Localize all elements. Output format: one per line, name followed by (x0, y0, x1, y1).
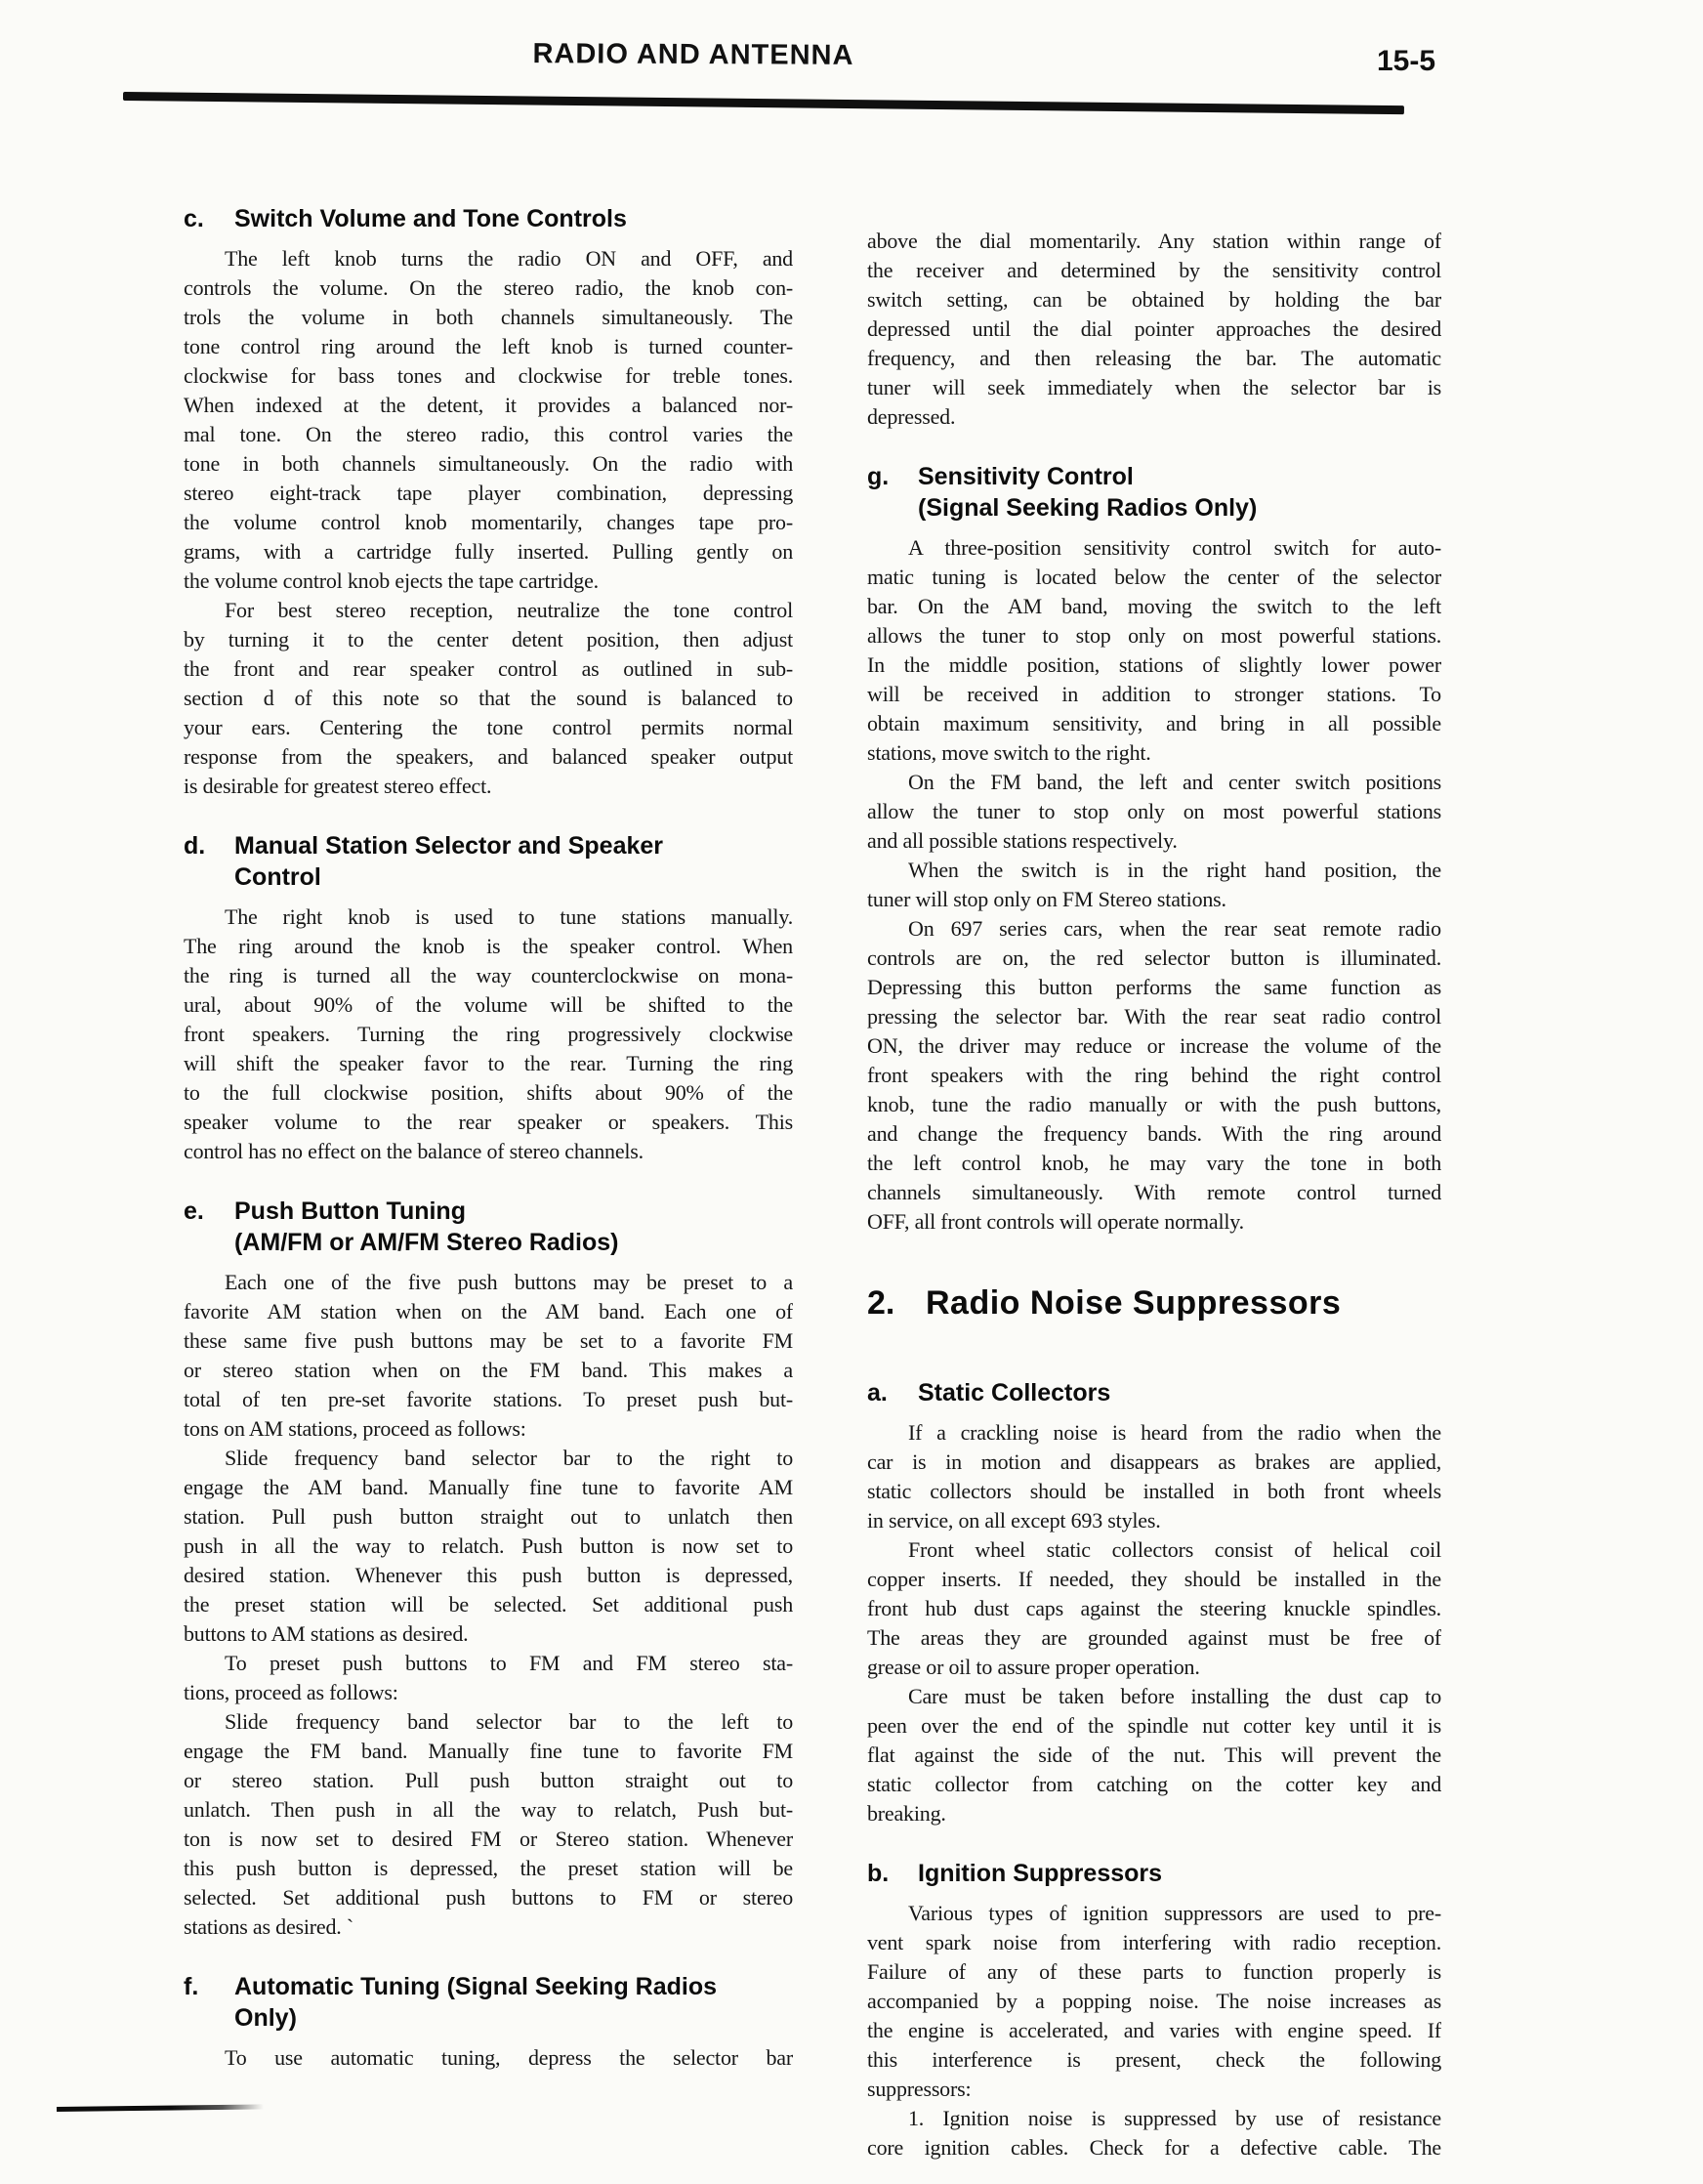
paragraph: Each one of the five push buttons may be… (184, 1268, 793, 1444)
text-line: Front wheel static collectors consist of… (867, 1535, 1441, 1565)
text-line: tuner will stop only on FM Stereo statio… (867, 885, 1441, 914)
heading-line: Push Button Tuning (234, 1196, 793, 1227)
text-line: grams, with a cartridge fully inserted. … (184, 537, 793, 567)
heading-line: Sensitivity Control (918, 461, 1441, 492)
section-heading: d.Manual Station Selector and SpeakerCon… (184, 830, 793, 893)
heading-line: Control (234, 861, 793, 893)
text-line: ural, about 90% of the volume will be sh… (184, 990, 793, 1020)
text-line: control has no effect on the balance of … (184, 1137, 793, 1166)
text-line: switch setting, can be obtained by holdi… (867, 285, 1441, 315)
text-line: is desirable for greatest stereo effect. (184, 772, 793, 801)
section-heading: c.Switch Volume and Tone Controls (184, 203, 793, 234)
text-line: response from the speakers, and balanced… (184, 742, 793, 772)
text-line: accompanied by a popping noise. The nois… (867, 1987, 1441, 2016)
section-heading: g.Sensitivity Control(Signal Seeking Rad… (867, 461, 1441, 524)
text-line: favorite AM station when on the AM band.… (184, 1297, 793, 1326)
text-line: controls the volume. On the stereo radio… (184, 273, 793, 303)
text-line: pressing the selector bar. With the rear… (867, 1002, 1441, 1031)
text-line: allows the tuner to stop only on most po… (867, 621, 1441, 651)
text-line: engage the AM band. Manually fine tune t… (184, 1473, 793, 1502)
paragraph: above the dial momentarily. Any station … (867, 227, 1441, 432)
text-line: car is in motion and disappears as brake… (867, 1448, 1441, 1477)
paragraph: If a crackling noise is heard from the r… (867, 1418, 1441, 1535)
text-line: to the full clockwise position, shifts a… (184, 1078, 793, 1108)
heading-line: Only) (234, 2002, 793, 2034)
text-line: The areas they are grounded against must… (867, 1623, 1441, 1653)
text-line: will be received in addition to stronger… (867, 680, 1441, 709)
text-line: front hub dust caps against the steering… (867, 1594, 1441, 1623)
text-line: the left control knob, he may vary the t… (867, 1149, 1441, 1178)
heading-text: Switch Volume and Tone Controls (234, 203, 793, 234)
text-line: Various types of ignition suppressors ar… (867, 1899, 1441, 1928)
heading-text: Static Collectors (918, 1377, 1441, 1408)
heading-line: Switch Volume and Tone Controls (234, 203, 793, 234)
text-line: core ignition cables. Check for a defect… (867, 2133, 1441, 2163)
text-line: allow the tuner to stop only on most pow… (867, 797, 1441, 826)
text-line: the volume control knob ejects the tape … (184, 567, 793, 596)
text-line: your ears. Centering the tone control pe… (184, 713, 793, 742)
text-line: On 697 series cars, when the rear seat r… (867, 914, 1441, 944)
heading-text: Manual Station Selector and SpeakerContr… (234, 830, 793, 893)
heading-line: (AM/FM or AM/FM Stereo Radios) (234, 1227, 793, 1258)
section-heading: b.Ignition Suppressors (867, 1858, 1441, 1889)
heading-label: 2. (867, 1281, 926, 1324)
heading-label: f. (184, 1971, 234, 2034)
paragraph: To preset push buttons to FM and FM ster… (184, 1649, 793, 1707)
text-line: stereo eight-track tape player combinati… (184, 479, 793, 508)
text-line: static collectors should be installed in… (867, 1477, 1441, 1506)
text-line: section d of this note so that the sound… (184, 684, 793, 713)
heading-label: e. (184, 1196, 234, 1258)
text-line: the engine is accelerated, and varies wi… (867, 2016, 1441, 2045)
text-line: depressed until the dial pointer approac… (867, 315, 1441, 344)
text-line: stations as desired. ˋ (184, 1912, 793, 1942)
text-line: channels simultaneously. With remote con… (867, 1178, 1441, 1207)
text-line: selected. Set additional push buttons to… (184, 1883, 793, 1912)
text-line: mal tone. On the stereo radio, this cont… (184, 420, 793, 449)
paragraph: The left knob turns the radio ON and OFF… (184, 244, 793, 596)
text-line: A three-position sensitivity control swi… (867, 533, 1441, 563)
text-line: by turning it to the center detent posit… (184, 625, 793, 654)
heading-label: c. (184, 203, 234, 234)
left-column: c.Switch Volume and Tone ControlsThe lef… (184, 186, 793, 2073)
text-line: the volume control knob momentarily, cha… (184, 508, 793, 537)
header-rule (123, 92, 1404, 114)
text-line: The ring around the knob is the speaker … (184, 932, 793, 961)
text-line: engage the FM band. Manually fine tune t… (184, 1737, 793, 1766)
text-line: station. Pull push button straight out t… (184, 1502, 793, 1532)
paragraph: 1. Ignition noise is suppressed by use o… (867, 2104, 1441, 2163)
text-line: and all possible stations respectively. (867, 826, 1441, 856)
text-line: controls are on, the red selector button… (867, 944, 1441, 973)
paragraph: Slide frequency band selector bar to the… (184, 1707, 793, 1942)
text-line: the front and rear speaker control as ou… (184, 654, 793, 684)
text-line: tone in both channels simultaneously. On… (184, 449, 793, 479)
heading-line: Radio Noise Suppressors (926, 1281, 1441, 1324)
heading-line: Manual Station Selector and Speaker (234, 830, 793, 861)
paragraph: A three-position sensitivity control swi… (867, 533, 1441, 768)
paragraph: When the switch is in the right hand pos… (867, 856, 1441, 914)
heading-label: b. (867, 1858, 918, 1889)
text-line: these same five push buttons may be set … (184, 1326, 793, 1356)
text-line: ON, the driver may reduce or increase th… (867, 1031, 1441, 1061)
heading-text: Sensitivity Control(Signal Seeking Radio… (918, 461, 1441, 524)
text-line: obtain maximum sensitivity, and bring in… (867, 709, 1441, 738)
text-line: Each one of the five push buttons may be… (184, 1268, 793, 1297)
paragraph: To use automatic tuning, depress the sel… (184, 2043, 793, 2073)
text-line: trols the volume in both channels simult… (184, 303, 793, 332)
text-line: grease or oil to assure proper operation… (867, 1653, 1441, 1682)
text-line: vent spark noise from interfering with r… (867, 1928, 1441, 1957)
text-line: OFF, all front controls will operate nor… (867, 1207, 1441, 1237)
heading-text: Automatic Tuning (Signal Seeking RadiosO… (234, 1971, 793, 2034)
heading-text: Push Button Tuning(AM/FM or AM/FM Stereo… (234, 1196, 793, 1258)
text-line: buttons to AM stations as desired. (184, 1619, 793, 1649)
text-line: the receiver and determined by the sensi… (867, 256, 1441, 285)
text-line: above the dial momentarily. Any station … (867, 227, 1441, 256)
text-line: unlatch. Then push in all the way to rel… (184, 1795, 793, 1825)
text-line: tons on AM stations, proceed as follows: (184, 1414, 793, 1444)
text-line: this push button is depressed, the prese… (184, 1854, 793, 1883)
page-title: RADIO AND ANTENNA (0, 35, 1387, 74)
text-line: tions, proceed as follows: (184, 1678, 793, 1707)
paragraph: For best stereo reception, neutralize th… (184, 596, 793, 801)
text-line: suppressors: (867, 2075, 1441, 2104)
paragraph: Front wheel static collectors consist of… (867, 1535, 1441, 1682)
text-line: will shift the speaker favor to the rear… (184, 1049, 793, 1078)
text-line: desired station. Whenever this push butt… (184, 1561, 793, 1590)
footer-rule (57, 2104, 264, 2112)
section-heading: e.Push Button Tuning(AM/FM or AM/FM Ster… (184, 1196, 793, 1258)
text-line: frequency, and then releasing the bar. T… (867, 344, 1441, 373)
text-line: or stereo station when on the FM band. T… (184, 1356, 793, 1385)
right-column: above the dial momentarily. Any station … (867, 186, 1441, 2163)
paragraph: Various types of ignition suppressors ar… (867, 1899, 1441, 2104)
text-line: speaker volume to the rear speaker or sp… (184, 1108, 793, 1137)
text-line: depressed. (867, 402, 1441, 432)
section-heading: a.Static Collectors (867, 1377, 1441, 1408)
text-line: Failure of any of these parts to functio… (867, 1957, 1441, 1987)
section-heading-major: 2.Radio Noise Suppressors (867, 1281, 1441, 1324)
heading-text: Ignition Suppressors (918, 1858, 1441, 1889)
text-line: To preset push buttons to FM and FM ster… (184, 1649, 793, 1678)
text-line: In the middle position, stations of slig… (867, 651, 1441, 680)
text-line: peen over the end of the spindle nut cot… (867, 1711, 1441, 1741)
text-line: Care must be taken before installing the… (867, 1682, 1441, 1711)
text-line: When indexed at the detent, it provides … (184, 391, 793, 420)
text-line: clockwise for bass tones and clockwise f… (184, 361, 793, 391)
text-line: stations, move switch to the right. (867, 738, 1441, 768)
text-line: Depressing this button performs the same… (867, 973, 1441, 1002)
text-line: tone control ring around the left knob i… (184, 332, 793, 361)
text-line: The left knob turns the radio ON and OFF… (184, 244, 793, 273)
text-line: knob, tune the radio manually or with th… (867, 1090, 1441, 1119)
heading-line: Static Collectors (918, 1377, 1441, 1408)
text-line: copper inserts. If needed, they should b… (867, 1565, 1441, 1594)
heading-label: d. (184, 830, 234, 893)
text-line: bar. On the AM band, moving the switch t… (867, 592, 1441, 621)
text-line: front speakers. Turning the ring progres… (184, 1020, 793, 1049)
paragraph: The right knob is used to tune stations … (184, 903, 793, 1166)
text-line: breaking. (867, 1799, 1441, 1828)
text-line: ton is now set to desired FM or Stereo s… (184, 1825, 793, 1854)
text-line: On the FM band, the left and center swit… (867, 768, 1441, 797)
text-line: the preset station will be selected. Set… (184, 1590, 793, 1619)
text-line: 1. Ignition noise is suppressed by use o… (867, 2104, 1441, 2133)
text-line: static collector from catching on the co… (867, 1770, 1441, 1799)
heading-text: Radio Noise Suppressors (926, 1281, 1441, 1324)
heading-line: Ignition Suppressors (918, 1858, 1441, 1889)
paragraph: On the FM band, the left and center swit… (867, 768, 1441, 856)
manual-page: RADIO AND ANTENNA 15-5 c.Switch Volume a… (0, 0, 1703, 2184)
text-line: total of ten pre-set favorite stations. … (184, 1385, 793, 1414)
heading-line: (Signal Seeking Radios Only) (918, 492, 1441, 524)
text-line: To use automatic tuning, depress the sel… (184, 2043, 793, 2073)
text-line: or stereo station. Pull push button stra… (184, 1766, 793, 1795)
text-line: flat against the side of the nut. This w… (867, 1741, 1441, 1770)
heading-line: Automatic Tuning (Signal Seeking Radios (234, 1971, 793, 2002)
text-line: The right knob is used to tune stations … (184, 903, 793, 932)
text-line: front speakers with the ring behind the … (867, 1061, 1441, 1090)
text-line: For best stereo reception, neutralize th… (184, 596, 793, 625)
paragraph: Care must be taken before installing the… (867, 1682, 1441, 1828)
text-line: tuner will seek immediately when the sel… (867, 373, 1441, 402)
text-line: push in all the way to relatch. Push but… (184, 1532, 793, 1561)
text-line: in service, on all except 693 styles. (867, 1506, 1441, 1535)
page-number: 15-5 (1338, 45, 1435, 78)
text-line: this interference is present, check the … (867, 2045, 1441, 2075)
text-line: Slide frequency band selector bar to the… (184, 1444, 793, 1473)
text-line: When the switch is in the right hand pos… (867, 856, 1441, 885)
text-line: Slide frequency band selector bar to the… (184, 1707, 793, 1737)
heading-label: a. (867, 1377, 918, 1408)
text-line: If a crackling noise is heard from the r… (867, 1418, 1441, 1448)
heading-label: g. (867, 461, 918, 524)
text-line: matic tuning is located below the center… (867, 563, 1441, 592)
text-line: and change the frequency bands. With the… (867, 1119, 1441, 1149)
text-line: the ring is turned all the way countercl… (184, 961, 793, 990)
paragraph: Slide frequency band selector bar to the… (184, 1444, 793, 1649)
paragraph: On 697 series cars, when the rear seat r… (867, 914, 1441, 1237)
section-heading: f.Automatic Tuning (Signal Seeking Radio… (184, 1971, 793, 2034)
